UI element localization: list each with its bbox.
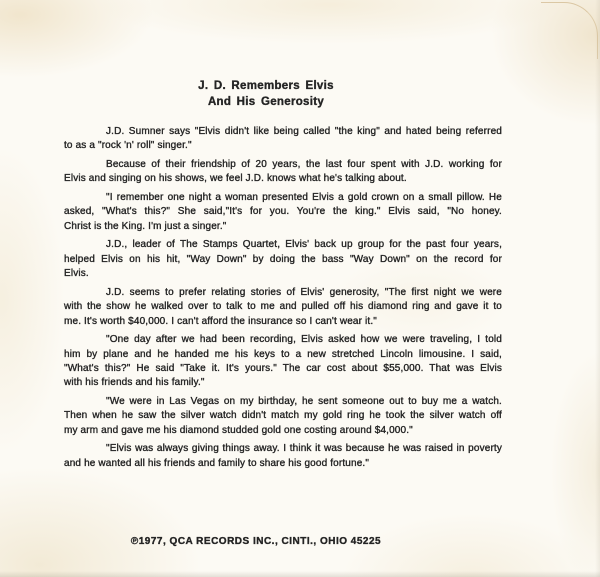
- text-line: asked, "What's this?" She said,"It's for…: [64, 205, 502, 219]
- text-line: "Elvis was always giving things away. I …: [64, 442, 502, 456]
- paragraph: J.D., leader of The Stamps Quartet, Elvi…: [64, 238, 502, 281]
- text-line: him by plane and he handed me his keys t…: [64, 348, 502, 362]
- text-line: Because of their friendship of 20 years,…: [64, 158, 502, 172]
- title-line-2: And His Generosity: [0, 95, 532, 111]
- sleeve-corner-edge: [541, 2, 598, 59]
- text-line: J.D., leader of The Stamps Quartet, Elvi…: [64, 238, 502, 252]
- text-line: "What's this?" He said "Take it. It's yo…: [64, 362, 502, 376]
- text-line: Elvis.: [64, 267, 502, 281]
- text-line: my arm and gave me his diamond studded g…: [64, 424, 502, 438]
- text-line: J.D. Sumner says "Elvis didn't like bein…: [64, 125, 502, 139]
- paragraph: J.D. Sumner says "Elvis didn't like bein…: [64, 125, 502, 154]
- text-line: "We were in Las Vegas on my birthday, he…: [64, 395, 502, 409]
- text-line: with his friends and his family.": [64, 376, 502, 390]
- body-text: J.D. Sumner says "Elvis didn't like bein…: [64, 125, 502, 475]
- copyright-line: ℗1977, QCA RECORDS INC., CINTI., OHIO 45…: [0, 536, 512, 547]
- page-title: J. D. Remembers Elvis And His Generosity: [0, 79, 532, 110]
- text-line: me. It's worth $40,000. I can't afford t…: [64, 315, 502, 329]
- text-line: to as a "rock 'n' roll" singer.": [64, 139, 502, 153]
- text-line: Christ is the King. I'm just a singer.": [64, 220, 502, 234]
- text-line: Then when he saw the silver watch didn't…: [64, 409, 502, 423]
- text-line: J.D. seems to prefer relating stories of…: [64, 286, 502, 300]
- paragraph: "One day after we had been recording, El…: [64, 333, 502, 391]
- record-sleeve-back-scan: J. D. Remembers Elvis And His Generosity…: [0, 0, 600, 577]
- text-line: "One day after we had been recording, El…: [64, 333, 502, 347]
- text-line: and he wanted all his friends and family…: [64, 457, 502, 471]
- text-line: Elvis and singing on his shows, we feel …: [64, 172, 502, 186]
- title-line-1: J. D. Remembers Elvis: [0, 79, 532, 95]
- paragraph: "I remember one night a woman presented …: [64, 191, 502, 234]
- text-line: "I remember one night a woman presented …: [64, 191, 502, 205]
- paragraph: "We were in Las Vegas on my birthday, he…: [64, 395, 502, 438]
- text-line: helped Elvis on his hit, "Way Down" by d…: [64, 253, 502, 267]
- paragraph: J.D. seems to prefer relating stories of…: [64, 286, 502, 329]
- text-line: with the show he walked over to talk to …: [64, 300, 502, 314]
- paragraph: Because of their friendship of 20 years,…: [64, 158, 502, 187]
- paragraph: "Elvis was always giving things away. I …: [64, 442, 502, 471]
